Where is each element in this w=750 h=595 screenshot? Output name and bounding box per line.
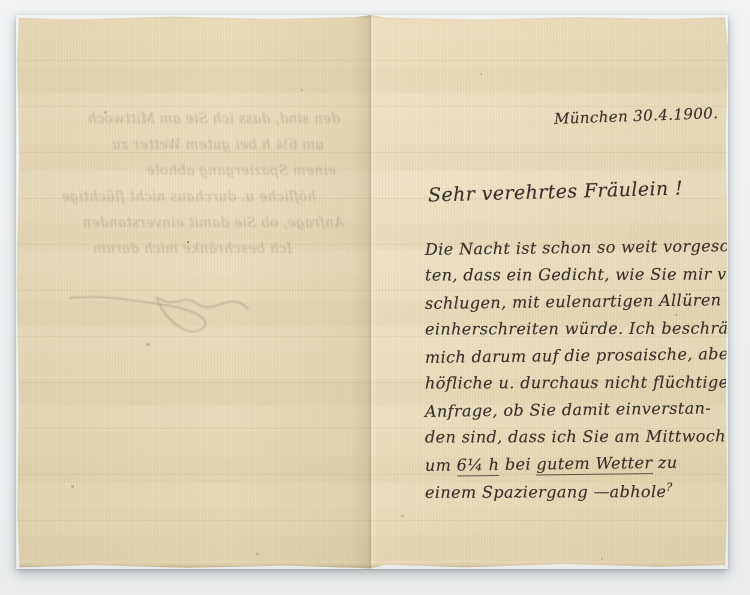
bleed-through-signature [64, 275, 254, 337]
body-line: schlugen, mit eulenartigen Allüren [425, 290, 731, 321]
bottom-deckle-edge [16, 562, 728, 569]
letter-sheet-shadow: den sind, dass ich Sie am Mittwoch um 6¼… [16, 15, 728, 569]
superscript-question-mark: ? [666, 481, 672, 494]
body-line-underlined: um 6¼ h bei gutem Wetter zu [425, 452, 731, 483]
body-line: Die Nacht ist schon so weit vorgeschrit- [425, 236, 731, 267]
foxing-spot [480, 73, 482, 75]
body-line: ten, dass ein Gedicht, wie Sie mir vor- [425, 264, 731, 292]
body-line: Anfrage, ob Sie damit einverstan- [425, 398, 731, 429]
body-text: um [425, 455, 457, 474]
bleed-line: Anfrage, ob Sie damit einverstanden [38, 215, 344, 241]
foxing-spot [401, 515, 404, 517]
bleed-line: höfliche u. durchaus nicht flüchtige [38, 189, 316, 215]
pen-swash: — [594, 482, 610, 501]
foxing-spot [675, 314, 678, 316]
foxing-spot [256, 553, 259, 555]
letter-body: Die Nacht ist schon so weit vorgeschrit-… [425, 238, 731, 508]
letter-paper: den sind, dass ich Sie am Mittwoch um 6¼… [16, 15, 728, 569]
underlined-weather: gutem Wetter [536, 453, 652, 475]
foxing-spot [146, 343, 150, 346]
body-line-closing: einem Spaziergang —abhole? [425, 480, 731, 508]
bleed-line: den sind, dass ich Sie am Mittwoch [38, 111, 340, 137]
top-deckle-edge [16, 15, 728, 19]
body-line: einherschreiten würde. Ich beschränke [425, 318, 731, 346]
bleed-line: um 6¼ h bei gutem Wetter zu [38, 137, 324, 163]
center-fold-crease [350, 15, 384, 569]
body-text: einem Spaziergang [425, 482, 594, 502]
body-line: den sind, dass ich Sie am Mittwoch [425, 426, 731, 454]
photo-background: den sind, dass ich Sie am Mittwoch um 6¼… [0, 0, 750, 595]
bleed-line: Ich beschränke mich darum [38, 241, 292, 267]
foxing-spot [301, 89, 303, 91]
body-text: zu [652, 453, 677, 472]
body-line: höfliche u. durchaus nicht flüchtige [425, 372, 731, 400]
foxing-spot [104, 111, 107, 114]
body-text: abhole [610, 482, 667, 501]
bleed-through-text: den sind, dass ich Sie am Mittwoch um 6¼… [38, 111, 350, 337]
foxing-spot [71, 485, 74, 488]
body-line: mich darum auf die prosaische, aber [425, 344, 731, 375]
ink-speck [187, 241, 189, 243]
foxing-spot [601, 558, 603, 560]
body-text: bei [499, 455, 536, 474]
underlined-time: 6¼ h [457, 455, 500, 477]
bleed-line: einem Spaziergang abhole [38, 163, 336, 189]
